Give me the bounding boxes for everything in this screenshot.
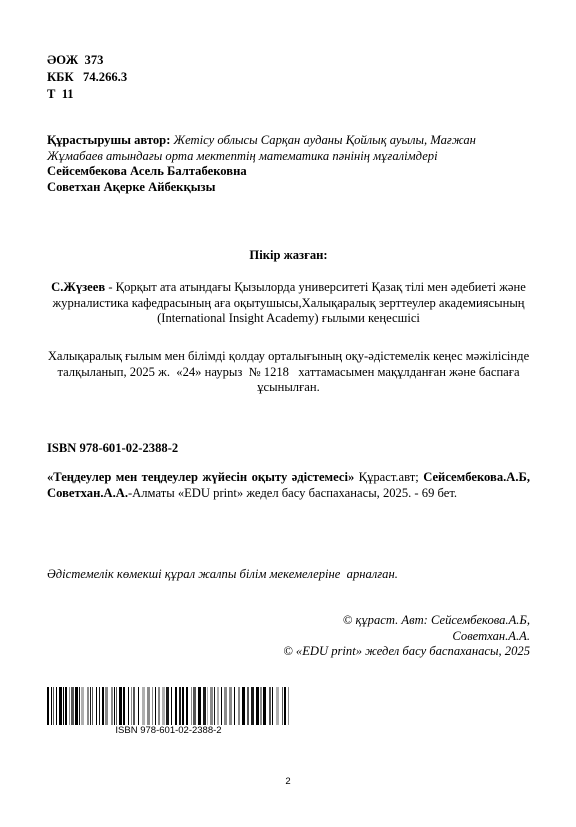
author-mark-value: 11 [62, 87, 74, 101]
reviewer-heading: Пікір жазған: [47, 248, 530, 264]
copyright-line: © құраст. Авт: Сейсембекова.А.Б, [47, 613, 530, 629]
lbc-code: КБК 74.266.3 [47, 69, 530, 86]
barcode-caption: ISBN 978-601-02-2388-2 [46, 725, 291, 737]
copyright-line: © «EDU print» жедел басу баспаханасы, 20… [47, 644, 530, 660]
author-affiliation-paragraph: Құрастырушы автор: Жетісу облысы Сарқан … [47, 133, 530, 164]
reviewer-name: С.Жүзеев [51, 280, 105, 294]
approval-statement: Халықаралық ғылым мен білімді қолдау орт… [47, 349, 530, 396]
reviewer-block: С.Жүзеев - Қорқыт ата атындағы Қызылорда… [47, 280, 530, 327]
reviewer-description: - Қорқыт ата атындағы Қызылорда универси… [52, 280, 525, 325]
isbn-barcode: ISBN 978-601-02-2388-2 [46, 687, 291, 738]
classification-codes: ӘОЖ 373 КБК 74.266.3 Т 11 [47, 52, 530, 103]
copyright-line: Советхан.А.А. [47, 629, 530, 645]
citation-compiler-note: Құраст.авт; [354, 470, 419, 484]
bibliographic-citation: «Теңдеулер мен теңдеулер жүйесін оқыту ә… [47, 470, 530, 501]
udc-label: ӘОЖ [47, 53, 78, 67]
copyright-block: © құраст. Авт: Сейсембекова.А.Б, Советха… [47, 613, 530, 660]
udc-code: ӘОЖ 373 [47, 52, 530, 69]
author-label: Құрастырушы автор: [47, 133, 170, 147]
lbc-label: КБК [47, 70, 74, 84]
author-block: Құрастырушы автор: Жетісу облысы Сарқан … [47, 133, 530, 195]
lbc-value: 74.266.3 [83, 70, 127, 84]
document-page: ӘОЖ 373 КБК 74.266.3 Т 11 Құрастырушы ав… [0, 0, 576, 827]
isbn-line: ISBN 978-601-02-2388-2 [47, 441, 530, 457]
author-name: Сейсембекова Асель Балтабековна [47, 164, 530, 180]
citation-title: «Теңдеулер мен теңдеулер жүйесін оқыту ә… [47, 470, 354, 484]
author-name: Советхан Ақерке Айбекқызы [47, 180, 530, 196]
purpose-statement: Әдістемелік көмекші құрал жалпы білім ме… [47, 567, 530, 583]
barcode-bars [46, 687, 291, 725]
citation-publisher: -Алматы «EDU print» жедел басу баспахана… [128, 486, 457, 500]
author-mark: Т 11 [47, 86, 530, 103]
udc-value: 373 [85, 53, 104, 67]
author-mark-label: Т [47, 87, 55, 101]
page-number: 2 [0, 774, 576, 790]
